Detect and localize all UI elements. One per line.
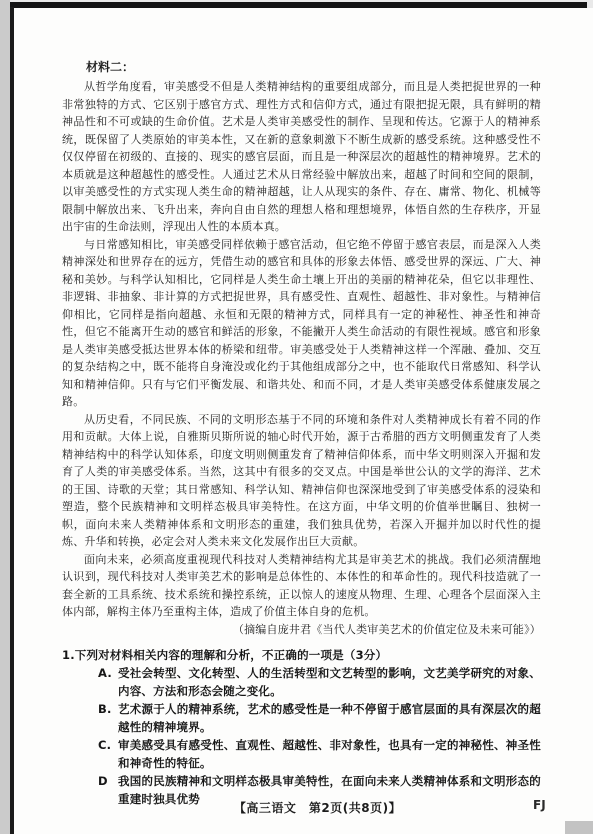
source-attribution: （摘编自庞井君《当代人类审美艺术的价值定位及未来可能》） xyxy=(62,621,541,639)
question-1-option-b: B.艺术源于人的精神系统，艺术的感受性是一种不停留于感官层面的具有深层次的超越性… xyxy=(98,700,541,736)
option-b-text: 艺术源于人的精神系统，艺术的感受性是一种不停留于感官层面的具有深层次的超越性的精… xyxy=(118,702,541,734)
option-a-label: A. xyxy=(98,664,118,682)
question-1: 1.下列对材料相关内容的理解和分析，不正确的一项是（3分） A.受社会转型、文化… xyxy=(62,646,541,808)
option-a-text: 受社会转型、文化转型、人的生活转型和文艺转型的影响，文艺美学研究的对象、内容、方… xyxy=(118,666,541,698)
scan-bottom-right-artifact xyxy=(565,821,593,834)
paragraph-comparison: 与日常感知相比，审美感受同样依赖于感官活动，但它绝不停留于感官表层，而是深入人类… xyxy=(62,236,541,411)
paper-code: FJ xyxy=(533,798,546,812)
question-1-option-a: A.受社会转型、文化转型、人的生活转型和文艺转型的影响，文艺美学研究的对象、内容… xyxy=(98,664,541,700)
question-1-option-c: C.审美感受具有感受性、直观性、超越性、非对象性，也具有一定的神秘性、神圣性和神… xyxy=(98,736,541,772)
material-two-heading: 材料二： xyxy=(62,58,541,76)
paragraph-history: 从历史看，不同民族、不同的文明形态基于不同的环境和条件对人类精神成长有着不同的作… xyxy=(62,411,541,551)
page-content: 材料二： 从哲学角度看，审美感受不但是人类精神结构的重要组成部分，而且是人类把捉… xyxy=(62,58,541,808)
option-c-text: 审美感受具有感受性、直观性、超越性、非对象性，也具有一定的神秘性、神圣性和神奇性… xyxy=(118,738,541,770)
option-c-label: C. xyxy=(98,736,118,754)
paragraph-philosophy: 从哲学角度看，审美感受不但是人类精神结构的重要组成部分，而且是人类把捉世界的一种… xyxy=(62,78,541,236)
option-d-label: D xyxy=(98,772,118,790)
page-footer: 【高三语文 第2页(共8页)】 xyxy=(28,799,593,816)
paragraph-future: 面向未来，必须高度重视现代科技对人类精神结构尤其是审美艺术的挑战。我们必须清醒地… xyxy=(62,551,541,621)
scan-left-margin xyxy=(0,0,10,834)
question-1-stem: 1.下列对材料相关内容的理解和分析，不正确的一项是（3分） xyxy=(62,646,541,664)
exam-page: 材料二： 从哲学角度看，审美感受不但是人类精神结构的重要组成部分，而且是人类把捉… xyxy=(14,8,593,834)
option-b-label: B. xyxy=(98,700,118,718)
